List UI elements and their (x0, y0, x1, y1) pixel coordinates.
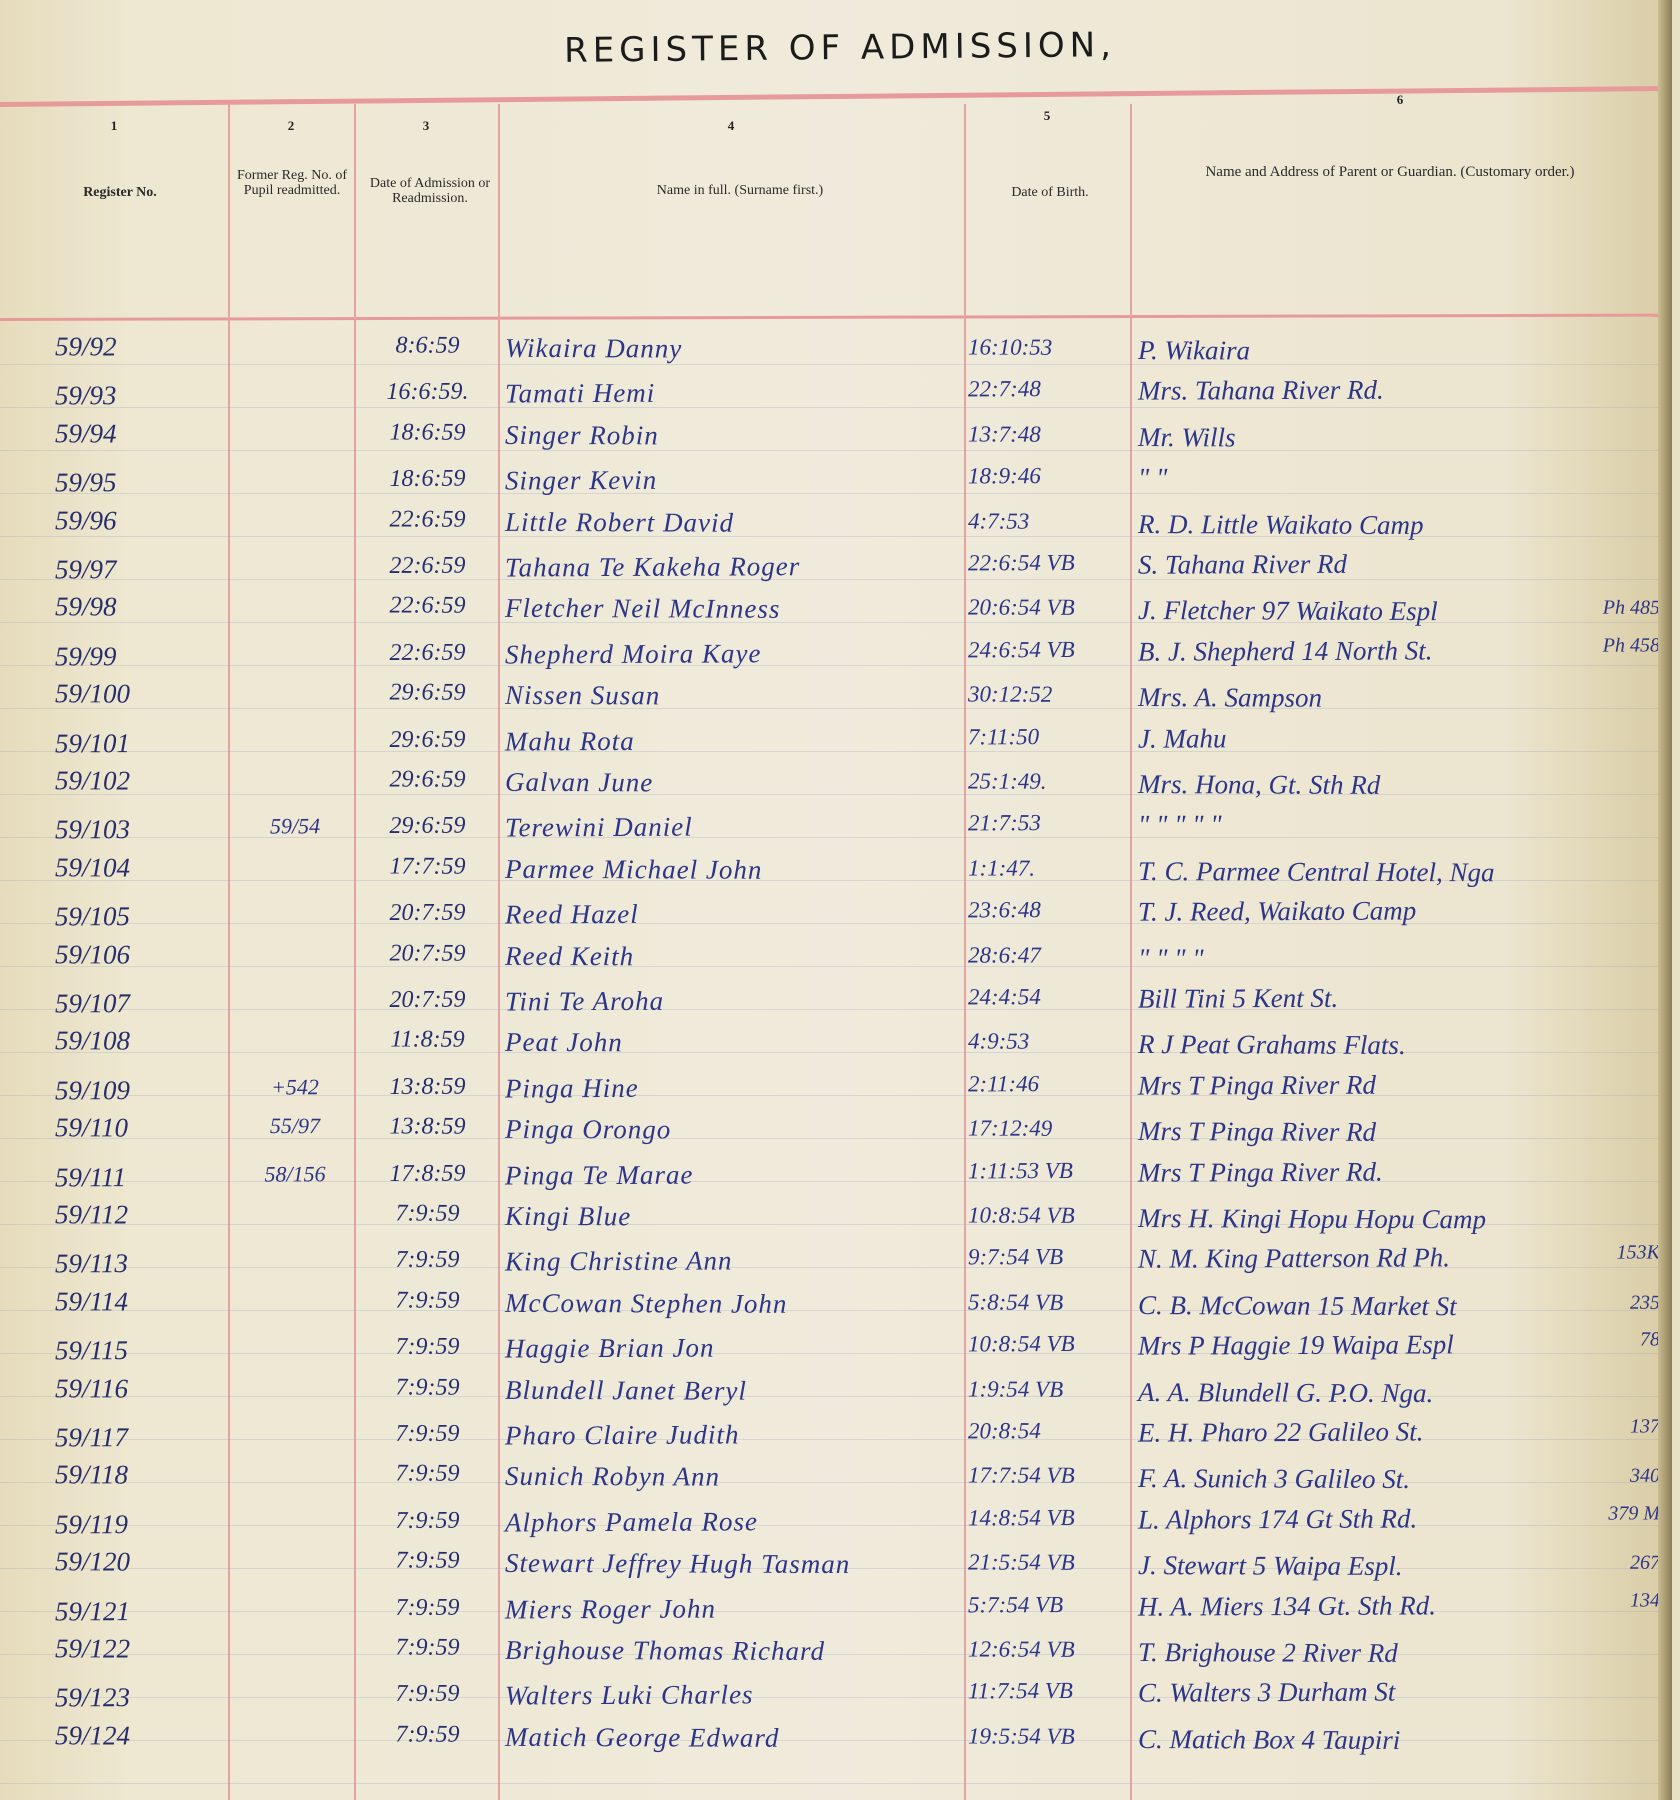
table-row: 59/103 59/54 29:6:59 Terewini Daniel 21:… (0, 804, 1672, 854)
pupil-name: Parmee Michael John (505, 854, 965, 887)
parent-guardian: " " (1138, 461, 1608, 494)
column-header-former-reg: Former Reg. No. of Pupil readmitted. (232, 168, 352, 198)
register-number: 59/104 (55, 852, 225, 884)
date-of-birth: 23:6:48 (968, 897, 1128, 924)
register-number: 59/122 (55, 1633, 225, 1665)
column-number: 6 (1130, 92, 1670, 108)
pupil-name: Shepherd Moira Kaye (505, 637, 965, 670)
admission-date: 20:7:59 (360, 900, 495, 928)
admission-date: 7:9:59 (360, 1548, 495, 1575)
parent-guardian: R. D. Little Waikato Camp (1138, 509, 1608, 542)
column-number: 2 (228, 118, 354, 134)
admission-date: 7:9:59 (360, 1334, 495, 1362)
margin-note: 137 (1600, 1415, 1660, 1438)
table-row: 59/113 7:9:59 King Christine Ann 9:7:54 … (0, 1238, 1672, 1288)
column-number: 4 (498, 118, 964, 134)
parent-guardian: " " " " (1138, 943, 1608, 976)
pupil-name: Galvan June (505, 767, 965, 800)
admission-date: 7:9:59 (360, 1681, 495, 1709)
table-row: 59/116 7:9:59 Blundell Janet Beryl 1:9:5… (0, 1369, 1672, 1418)
table-row: 59/99 22:6:59 Shepherd Moira Kaye 24:6:5… (0, 630, 1672, 680)
admission-date: 29:6:59 (360, 766, 495, 793)
parent-guardian: N. M. King Patterson Rd Ph. (1138, 1242, 1608, 1275)
date-of-birth: 22:7:48 (968, 376, 1128, 403)
parent-guardian: C. Walters 3 Durham St (1138, 1676, 1608, 1709)
register-number: 59/100 (55, 678, 225, 710)
column-header-name: Name in full. (Surname first.) (640, 183, 840, 198)
margin-note: Ph 458 (1600, 634, 1660, 657)
admission-date: 11:8:59 (360, 1027, 495, 1054)
parent-guardian: R J Peat Grahams Flats. (1138, 1029, 1608, 1062)
page-title: REGISTER OF ADMISSION, (0, 19, 1672, 77)
admission-date: 22:6:59 (360, 506, 495, 533)
register-number: 59/92 (55, 331, 225, 363)
pupil-name: Peat John (505, 1027, 965, 1060)
pupil-name: Tamati Hemi (505, 377, 965, 410)
pupil-name: Sunich Robyn Ann (505, 1461, 965, 1494)
parent-guardian: J. Stewart 5 Waipa Espl. (1138, 1550, 1608, 1583)
pupil-name: McCowan Stephen John (505, 1288, 965, 1321)
admission-date: 7:9:59 (360, 1634, 495, 1661)
register-page: REGISTER OF ADMISSION, 1 2 3 4 5 6 Regis… (0, 0, 1672, 1800)
column-header-dob: Date of Birth. (990, 185, 1110, 200)
parent-guardian: H. A. Miers 134 Gt. Sth Rd. (1138, 1589, 1608, 1622)
margin-note: 153K (1600, 1242, 1660, 1265)
register-number: 59/95 (55, 467, 225, 499)
table-row: 59/112 7:9:59 Kingi Blue 10:8:54 VB Mrs … (0, 1195, 1672, 1244)
column-number: 5 (964, 108, 1130, 124)
parent-guardian: J. Fletcher 97 Waikato Espl (1138, 595, 1608, 628)
table-row: 59/101 29:6:59 Mahu Rota 7:11:50 J. Mahu (0, 717, 1672, 767)
table-row: 59/107 20:7:59 Tini Te Aroha 24:4:54 Bil… (0, 977, 1672, 1027)
date-of-birth: 4:7:53 (968, 508, 1128, 535)
date-of-birth: 25:1:49. (968, 768, 1128, 795)
margin-note: 78 (1600, 1329, 1660, 1352)
admission-date: 29:6:59 (360, 813, 495, 841)
table-row: 59/124 7:9:59 Matich George Edward 19:5:… (0, 1716, 1672, 1765)
register-number: 59/124 (55, 1720, 225, 1752)
admission-date: 20:7:59 (360, 986, 495, 1014)
pupil-name: Pinga Te Marae (505, 1158, 965, 1191)
register-number: 59/109 (55, 1074, 225, 1106)
register-number: 59/93 (55, 380, 225, 412)
date-of-birth: 18:9:46 (968, 463, 1128, 490)
date-of-birth: 17:12:49 (968, 1116, 1128, 1143)
table-row: 59/123 7:9:59 Walters Luki Charles 11:7:… (0, 1672, 1672, 1722)
date-of-birth: 24:4:54 (968, 984, 1128, 1011)
table-row: 59/118 7:9:59 Sunich Robyn Ann 17:7:54 V… (0, 1455, 1672, 1504)
pupil-name: Pharo Claire Judith (505, 1418, 965, 1451)
admission-date: 18:6:59 (360, 419, 495, 446)
pupil-name: Terewini Daniel (505, 811, 965, 844)
parent-guardian: B. J. Shepherd 14 North St. (1138, 634, 1608, 667)
admission-date: 17:8:59 (360, 1160, 495, 1188)
header-bottom-rule (0, 314, 1672, 321)
date-of-birth: 22:6:54 VB (968, 550, 1128, 577)
register-number: 59/108 (55, 1026, 225, 1058)
pupil-name: Matich George Edward (505, 1722, 965, 1755)
register-number: 59/120 (55, 1546, 225, 1578)
parent-guardian: P. Wikaira (1138, 335, 1608, 368)
pupil-name: Walters Luki Charles (505, 1679, 965, 1712)
pupil-name: Singer Robin (505, 420, 965, 453)
pupil-name: Wikaira Danny (505, 333, 965, 366)
parent-guardian: E. H. Pharo 22 Galileo St. (1138, 1416, 1608, 1449)
date-of-birth: 10:8:54 VB (968, 1202, 1128, 1229)
register-number: 59/119 (55, 1508, 225, 1540)
admission-date: 17:7:59 (360, 853, 495, 880)
register-number: 59/113 (55, 1248, 225, 1280)
pupil-name: Tini Te Aroha (505, 984, 965, 1017)
date-of-birth: 4:9:53 (968, 1029, 1128, 1056)
date-of-birth: 24:6:54 VB (968, 637, 1128, 664)
margin-note: Ph 485 (1600, 597, 1660, 620)
parent-guardian: Bill Tini 5 Kent St. (1138, 982, 1608, 1015)
parent-guardian: Mrs H. Kingi Hopu Hopu Camp (1138, 1203, 1608, 1236)
date-of-birth: 1:9:54 VB (968, 1376, 1128, 1403)
parent-guardian: Mrs. Tahana River Rd. (1138, 374, 1608, 407)
date-of-birth: 11:7:54 VB (968, 1678, 1128, 1705)
admission-date: 13:8:59 (360, 1073, 495, 1101)
table-row: 59/111 58/156 17:8:59 Pinga Te Marae 1:1… (0, 1151, 1672, 1201)
table-row: 59/94 18:6:59 Singer Robin 13:7:48 Mr. W… (0, 414, 1672, 463)
table-row: 59/106 20:7:59 Reed Keith 28:6:47 " " " … (0, 935, 1672, 984)
column-number: 1 (0, 118, 228, 134)
register-number: 59/114 (55, 1286, 225, 1318)
register-number: 59/116 (55, 1373, 225, 1405)
register-number: 59/115 (55, 1335, 225, 1367)
pupil-name: Blundell Janet Beryl (505, 1374, 965, 1407)
register-number: 59/106 (55, 939, 225, 971)
register-number: 59/118 (55, 1460, 225, 1492)
admission-date: 7:9:59 (360, 1200, 495, 1227)
register-number: 59/96 (55, 505, 225, 537)
date-of-birth: 21:5:54 VB (968, 1550, 1128, 1577)
pupil-name: Reed Keith (505, 940, 965, 973)
register-number: 59/103 (55, 814, 225, 846)
register-number: 59/117 (55, 1422, 225, 1454)
table-row: 59/120 7:9:59 Stewart Jeffrey Hugh Tasma… (0, 1542, 1672, 1591)
table-row: 59/105 20:7:59 Reed Hazel 23:6:48 T. J. … (0, 891, 1672, 941)
margin-note: 340 (1600, 1465, 1660, 1488)
parent-guardian: C. B. McCowan 15 Market St (1138, 1290, 1608, 1323)
date-of-birth: 10:8:54 VB (968, 1331, 1128, 1358)
admission-date: 7:9:59 (360, 1594, 495, 1622)
admission-date: 7:9:59 (360, 1420, 495, 1448)
admission-date: 22:6:59 (360, 552, 495, 580)
column-header-guardian: Name and Address of Parent or Guardian. … (1200, 165, 1580, 180)
parent-guardian: S. Tahana River Rd (1138, 548, 1608, 581)
date-of-birth: 13:7:48 (968, 421, 1128, 448)
former-register-number: 59/54 (240, 814, 350, 840)
date-of-birth: 5:7:54 VB (968, 1591, 1128, 1618)
admission-date: 13:8:59 (360, 1114, 495, 1141)
table-row: 59/117 7:9:59 Pharo Claire Judith 20:8:5… (0, 1411, 1672, 1461)
former-register-number: +542 (240, 1074, 350, 1100)
column-header-admission-date: Date of Admission or Readmission. (365, 176, 495, 206)
parent-guardian: Mr. Wills (1138, 422, 1608, 455)
admission-date: 18:6:59 (360, 466, 495, 494)
date-of-birth: 30:12:52 (968, 682, 1128, 709)
register-number: 59/97 (55, 554, 225, 586)
admission-date: 29:6:59 (360, 680, 495, 707)
register-number: 59/98 (55, 592, 225, 624)
date-of-birth: 21:7:53 (968, 810, 1128, 837)
admission-date: 7:9:59 (360, 1461, 495, 1488)
parent-guardian: Mrs. Hona, Gt. Sth Rd (1138, 769, 1608, 802)
pupil-name: Reed Hazel (505, 898, 965, 931)
date-of-birth: 28:6:47 (968, 942, 1128, 969)
margin-note: 267 (1600, 1552, 1660, 1575)
date-of-birth: 20:6:54 VB (968, 595, 1128, 622)
date-of-birth: 2:11:46 (968, 1071, 1128, 1098)
register-number: 59/94 (55, 418, 225, 450)
table-row: 59/100 29:6:59 Nissen Susan 30:12:52 Mrs… (0, 674, 1672, 723)
parent-guardian: " " " " " (1138, 808, 1608, 841)
admission-date: 8:6:59 (360, 332, 495, 359)
table-row: 59/114 7:9:59 McCowan Stephen John 5:8:5… (0, 1282, 1672, 1331)
register-number: 59/123 (55, 1682, 225, 1714)
table-row: 59/102 29:6:59 Galvan June 25:1:49. Mrs.… (0, 761, 1672, 810)
admission-date: 20:7:59 (360, 940, 495, 967)
parent-guardian: A. A. Blundell G. P.O. Nga. (1138, 1377, 1608, 1410)
margin-note: 134 (1600, 1589, 1660, 1612)
register-number: 59/102 (55, 765, 225, 797)
table-row: 59/97 22:6:59 Tahana Te Kakeha Roger 22:… (0, 543, 1672, 593)
parent-guardian: Mrs T Pinga River Rd (1138, 1068, 1608, 1101)
table-row: 59/109 +542 13:8:59 Pinga Hine 2:11:46 M… (0, 1064, 1672, 1114)
date-of-birth: 12:6:54 VB (968, 1636, 1128, 1663)
register-number: 59/99 (55, 640, 225, 672)
register-number: 59/107 (55, 988, 225, 1020)
pupil-name: Fletcher Neil McInness (505, 593, 965, 626)
admission-date: 7:9:59 (360, 1507, 495, 1535)
admission-date: 7:9:59 (360, 1247, 495, 1275)
pupil-name: King Christine Ann (505, 1245, 965, 1278)
date-of-birth: 17:7:54 VB (968, 1463, 1128, 1490)
table-row: 59/98 22:6:59 Fletcher Neil McInness 20:… (0, 587, 1672, 636)
admission-date: 7:9:59 (360, 1374, 495, 1401)
table-row: 59/96 22:6:59 Little Robert David 4:7:53… (0, 501, 1672, 550)
date-of-birth: 1:11:53 VB (968, 1157, 1128, 1184)
admission-date: 29:6:59 (360, 726, 495, 754)
date-of-birth: 14:8:54 VB (968, 1505, 1128, 1532)
admission-date: 22:6:59 (360, 639, 495, 667)
pupil-name: Kingi Blue (505, 1201, 965, 1234)
table-row: 59/121 7:9:59 Miers Roger John 5:7:54 VB… (0, 1585, 1672, 1635)
admission-date: 7:9:59 (360, 1721, 495, 1748)
parent-guardian: T. J. Reed, Waikato Camp (1138, 895, 1608, 928)
pupil-name: Little Robert David (505, 506, 965, 539)
date-of-birth: 9:7:54 VB (968, 1244, 1128, 1271)
parent-guardian: L. Alphors 174 Gt Sth Rd. (1138, 1502, 1608, 1535)
pupil-name: Singer Kevin (505, 464, 965, 497)
table-row: 59/93 16:6:59. Tamati Hemi 22:7:48 Mrs. … (0, 370, 1672, 420)
register-number: 59/121 (55, 1595, 225, 1627)
pupil-name: Brighouse Thomas Richard (505, 1635, 965, 1668)
parent-guardian: J. Mahu (1138, 721, 1608, 754)
parent-guardian: T. Brighouse 2 River Rd (1138, 1637, 1608, 1670)
parent-guardian: Mrs T Pinga River Rd. (1138, 1155, 1608, 1188)
table-row: 59/119 7:9:59 Alphors Pamela Rose 14:8:5… (0, 1498, 1672, 1548)
former-register-number: 58/156 (240, 1161, 350, 1187)
parent-guardian: Mrs T Pinga River Rd (1138, 1116, 1608, 1149)
table-row: 59/108 11:8:59 Peat John 4:9:53 R J Peat… (0, 1021, 1672, 1070)
parent-guardian: F. A. Sunich 3 Galileo St. (1138, 1463, 1608, 1496)
parent-guardian: Mrs P Haggie 19 Waipa Espl (1138, 1329, 1608, 1362)
register-number: 59/105 (55, 901, 225, 933)
register-number: 59/111 (55, 1161, 225, 1193)
margin-note: 235 (1600, 1291, 1660, 1314)
parent-guardian: C. Matich Box 4 Taupiri (1138, 1724, 1608, 1757)
date-of-birth: 16:10:53 (968, 334, 1128, 361)
admission-date: 7:9:59 (360, 1287, 495, 1314)
pupil-name: Pinga Hine (505, 1071, 965, 1104)
date-of-birth: 20:8:54 (968, 1418, 1128, 1445)
register-number: 59/110 (55, 1112, 225, 1144)
date-of-birth: 1:1:47. (968, 855, 1128, 882)
table-row: 59/122 7:9:59 Brighouse Thomas Richard 1… (0, 1629, 1672, 1678)
table-row: 59/95 18:6:59 Singer Kevin 18:9:46 " " (0, 457, 1672, 507)
pupil-name: Nissen Susan (505, 680, 965, 713)
register-number: 59/101 (55, 727, 225, 759)
date-of-birth: 7:11:50 (968, 723, 1128, 750)
date-of-birth: 5:8:54 VB (968, 1289, 1128, 1316)
pupil-name: Mahu Rota (505, 724, 965, 757)
date-of-birth: 19:5:54 VB (968, 1723, 1128, 1750)
column-header-register-no: Register No. (60, 185, 180, 200)
pupil-name: Pinga Orongo (505, 1114, 965, 1147)
margin-note: 379 M (1600, 1502, 1660, 1525)
admission-date: 22:6:59 (360, 593, 495, 620)
table-row: 59/104 17:7:59 Parmee Michael John 1:1:4… (0, 848, 1672, 897)
parent-guardian: T. C. Parmee Central Hotel, Nga (1138, 856, 1608, 889)
pupil-name: Stewart Jeffrey Hugh Tasman (505, 1548, 965, 1581)
former-register-number: 55/97 (240, 1113, 350, 1139)
column-number: 3 (354, 118, 498, 134)
register-number: 59/112 (55, 1199, 225, 1231)
admission-date: 16:6:59. (360, 379, 495, 407)
pupil-name: Haggie Brian Jon (505, 1332, 965, 1365)
table-row: 59/110 55/97 13:8:59 Pinga Orongo 17:12:… (0, 1108, 1672, 1157)
pupil-name: Miers Roger John (505, 1592, 965, 1625)
pupil-name: Tahana Te Kakeha Roger (505, 550, 965, 583)
parent-guardian: Mrs. A. Sampson (1138, 682, 1608, 715)
table-row: 59/115 7:9:59 Haggie Brian Jon 10:8:54 V… (0, 1325, 1672, 1375)
table-row: 59/92 8:6:59 Wikaira Danny 16:10:53 P. W… (0, 327, 1672, 376)
pupil-name: Alphors Pamela Rose (505, 1505, 965, 1538)
